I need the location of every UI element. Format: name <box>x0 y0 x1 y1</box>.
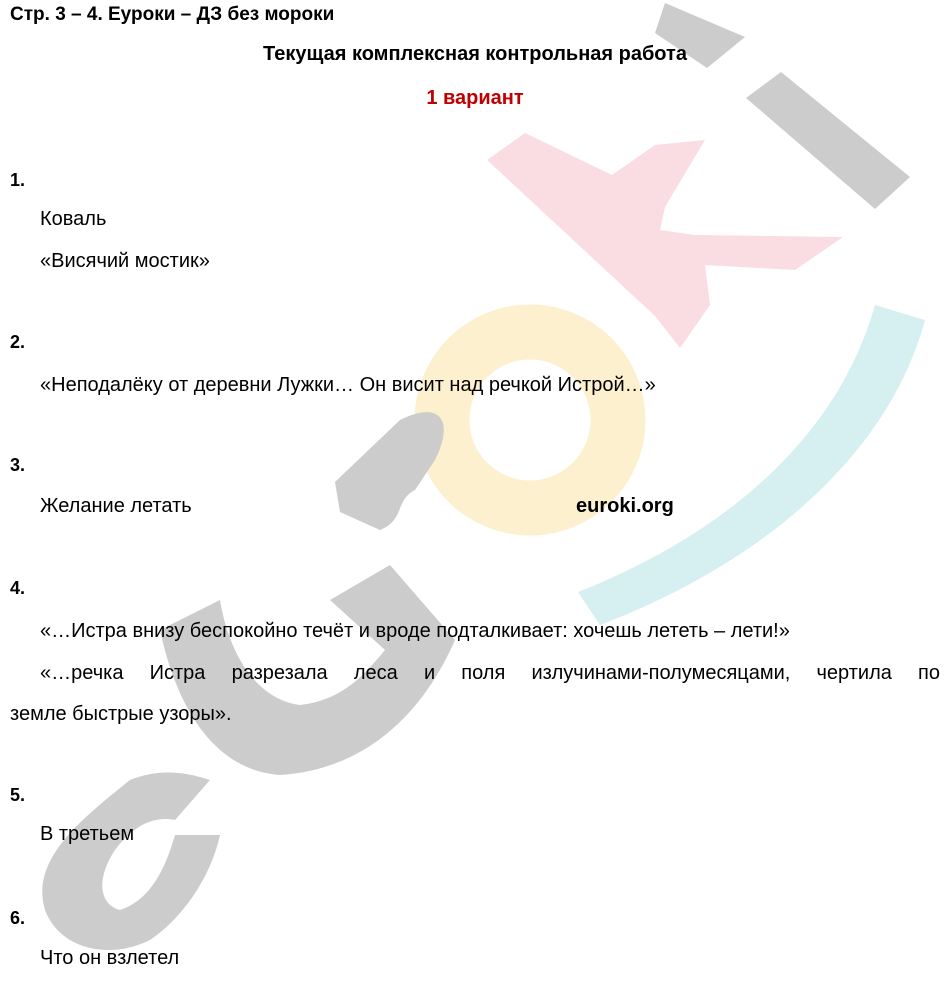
question-number-6: 6. <box>10 908 25 929</box>
question-number-3: 3. <box>10 455 25 476</box>
answer-1-title: «Висячий мостик» <box>40 250 210 273</box>
site-watermark-text: euroki.org <box>576 495 674 518</box>
question-number-5: 5. <box>10 785 25 806</box>
answer-6: Что он взлетел <box>40 947 179 970</box>
answer-3: Желание летать <box>40 495 192 518</box>
answer-4-quote-1: «…Истра внизу беспокойно течёт и вроде п… <box>40 620 790 643</box>
question-number-4: 4. <box>10 578 25 599</box>
answer-2-quote: «Неподалёку от деревни Лужки… Он висит н… <box>40 374 656 397</box>
answer-1-author: Коваль <box>40 208 106 231</box>
answer-4-quote-2-continuation: земле быстрые узоры». <box>10 703 232 726</box>
document-title: Текущая комплексная контрольная работа <box>0 43 950 66</box>
answer-4-quote-2: «…речка Истра разрезала леса и поля излу… <box>40 662 940 685</box>
variant-label: 1 вариант <box>0 87 950 110</box>
document-page: Стр. 3 – 4. Еуроки – ДЗ без мороки Текущ… <box>0 0 950 985</box>
page-reference: Стр. 3 – 4. Еуроки – ДЗ без мороки <box>10 4 334 26</box>
question-number-1: 1. <box>10 170 25 191</box>
question-number-2: 2. <box>10 332 25 353</box>
answer-5: В третьем <box>40 823 134 846</box>
